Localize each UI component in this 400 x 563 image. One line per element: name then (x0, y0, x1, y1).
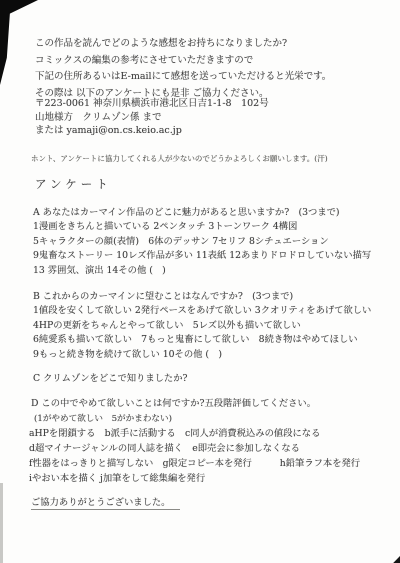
section-b-option-line: 4HPの更新をちゃんとやって欲しい 5レズ以外も描いて欲しい (33, 319, 371, 333)
closing-thanks: ご協力ありがとうございました。 (31, 494, 180, 508)
plea-note: ホント、アンケートに協力してくれる人が少ないのでどうかよろしくお願いします。(汗… (31, 153, 328, 164)
section-a-option-line: 9鬼畜なストーリー 10レズ作品が多い 11表紙 12あまりドロドロしていない描… (33, 249, 371, 263)
section-d: D この中でやめて欲しいことは何ですか?五段階評価してください。 (1がやめて欲… (29, 397, 360, 486)
section-b-option-line: 1値段を安くして欲しい 2発行ペースをあげて欲しい 3クオリティをあげて欲しい (33, 304, 371, 318)
section-b-option-line: 9もっと続き物を続けて欲しい 10その他 ( ) (33, 348, 371, 362)
section-a: A あなたはカーマイン作品のどこに魅力があると思いますか? (3つまで) 1漫画… (33, 206, 371, 278)
section-d-scale-note: (1がやめて欲しい 5がかまわない) (34, 412, 360, 427)
intro-line: コミックスの編集の参考にさせていただきますので (35, 53, 331, 70)
scanned-questionnaire-page: この作品を読んでどのような感想をお持ちになりましたか? コミックスの編集の参考に… (0, 0, 400, 563)
section-d-option-line: d超マイナージャンルの同人誌を描く e即売会に参加しなくなる (29, 442, 360, 457)
postal-address-line: 〒223-0061 神奈川県横浜市港北区日吉1-1-8 102号 (35, 97, 269, 111)
plea-text: ホント、アンケートに協力してくれる人が少ないのでどうかよろしくお願いします。(汗… (31, 153, 328, 164)
section-a-option-line: 5キャラクターの顔(表情) 6体のデッサン 7セリフ 8シチュエーション (33, 235, 371, 249)
email-address-line: または yamaji@on.cs.keio.ac.jp (35, 124, 269, 138)
intro-line: 下記の住所あるいはE-mailにて感想を送っていただけると光栄です。 (35, 69, 331, 86)
section-d-option-line: f性器をはっきりと描写しない g限定コピー本を発行 h鉛筆ラフ本を発行 (29, 457, 360, 472)
section-a-question: A あなたはカーマイン作品のどこに魅力があると思いますか? (3つまで) (33, 206, 371, 220)
section-b: B これからのカーマインに望むことはなんですか? (3つまで) 1値段を安くして… (33, 290, 371, 362)
questionnaire-title: アンケート (35, 176, 112, 192)
intro-line: この作品を読んでどのような感想をお持ちになりましたか? (35, 36, 331, 53)
section-d-option-line: iやおい本を描く j加筆をして総集編を発行 (29, 472, 360, 487)
section-c-question: C クリムゾンをどこで知りましたか? (33, 372, 188, 386)
intro-paragraph: この作品を読んでどのような感想をお持ちになりましたか? コミックスの編集の参考に… (35, 36, 331, 102)
section-b-option-line: 6純愛系も描いて欲しい 7もっと鬼畜にして欲しい 8続き物はやめてほしい (33, 333, 371, 347)
section-a-option-line: 13 雰囲気、演出 14その他 ( ) (33, 264, 371, 278)
section-a-option-line: 1漫画をきちんと描いている 2ペンタッチ 3トーンワーク 4構図 (33, 220, 371, 234)
closing-thanks-text: ご協力ありがとうございました。 (31, 497, 180, 510)
scan-artifact-corner-top-left (0, 0, 38, 85)
section-b-question: B これからのカーマインに望むことはなんですか? (3つまで) (33, 290, 371, 304)
addressee-line: 山地様方 クリムゾン係 まで (35, 111, 269, 125)
section-d-option-line: aHPを閉鎖する b派手に活動する c同人が消費税込みの値段になる (29, 427, 360, 442)
scan-artifact-edge-bottom-left (0, 483, 3, 563)
scan-artifact-speck-bottom-right (392, 556, 400, 563)
section-c: C クリムゾンをどこで知りましたか? (33, 372, 188, 386)
section-d-question: D この中でやめて欲しいことは何ですか?五段階評価してください。 (31, 397, 360, 412)
mailing-address-block: 〒223-0061 神奈川県横浜市港北区日吉1-1-8 102号 山地様方 クリ… (35, 97, 269, 138)
